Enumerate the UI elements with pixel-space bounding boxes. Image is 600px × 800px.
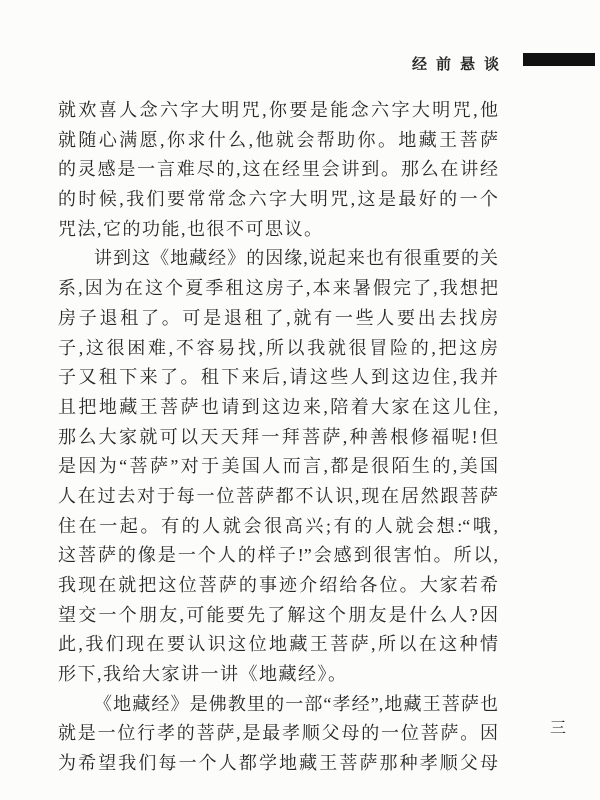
text-line: 那么大家就可以天天拜一拜菩萨,种善根修福呢!但 bbox=[58, 423, 498, 453]
text-line: 住在一起。有的人就会很高兴;有的人就会想:“哦, bbox=[58, 512, 498, 542]
text-line: 就随心满愿,你求什么,他就会帮助你。地藏王菩萨 bbox=[58, 126, 498, 156]
text-line: 《地藏经》是佛教里的一部“孝经”,地藏王菩萨也 bbox=[58, 690, 498, 720]
text-line: 的时候,我们要常常念六字大明咒,这是最好的一个 bbox=[58, 185, 498, 215]
text-line: 我现在就把这位菩萨的事迹介绍给各位。大家若希 bbox=[58, 571, 498, 601]
text-line: 房子退租了。可是退租了,就有一些人要出去找房 bbox=[58, 304, 498, 334]
text-line: 为希望我们每一个人都学地藏王菩萨那种孝顺父母 bbox=[58, 749, 498, 779]
book-page: 经前悬谈 就欢喜人念六字大明咒,你要是能念六字大明咒,他就随心满愿,你求什么,他… bbox=[0, 0, 600, 800]
text-line: 此,我们现在要认识这位地藏王菩萨,所以在这种情 bbox=[58, 630, 498, 660]
page-number: 三 bbox=[550, 715, 566, 738]
text-line: 人在过去对于每一位菩萨都不认识,现在居然跟菩萨 bbox=[58, 482, 498, 512]
text-line: 系,因为在这个夏季租这房子,本来暑假完了,我想把 bbox=[58, 274, 498, 304]
text-line: 望交一个朋友,可能要先了解这个朋友是什么人?因 bbox=[58, 601, 498, 631]
running-title: 经前悬谈 bbox=[412, 53, 508, 74]
text-line: 的灵感是一言难尽的,这在经里会讲到。那么在讲经 bbox=[58, 155, 498, 185]
text-line: 是因为“菩萨”对于美国人而言,都是很陌生的,美国 bbox=[58, 452, 498, 482]
text-line: 子,这很困难,不容易找,所以我就很冒险的,把这房 bbox=[58, 334, 498, 364]
text-line: 这菩萨的像是一个人的样子!”会感到很害怕。所以, bbox=[58, 541, 498, 571]
text-line: 且把地藏王菩萨也请到这边来,陪着大家在这儿住, bbox=[58, 393, 498, 423]
text-line: 就欢喜人念六字大明咒,你要是能念六字大明咒,他 bbox=[58, 96, 498, 126]
text-block: 就欢喜人念六字大明咒,你要是能念六字大明咒,他就随心满愿,你求什么,他就会帮助你… bbox=[58, 96, 498, 779]
header-black-bar bbox=[523, 53, 595, 66]
text-line: 子又租下来了。租下来后,请这些人到这边住,我并 bbox=[58, 363, 498, 393]
text-line: 形下,我给大家讲一讲《地藏经》。 bbox=[58, 660, 498, 690]
text-line: 讲到这《地藏经》的因缘,说起来也有很重要的关 bbox=[58, 244, 498, 274]
text-line: 咒法,它的功能,也很不可思议。 bbox=[58, 215, 498, 245]
text-line: 就是一位行孝的菩萨,是最孝顺父母的一位菩萨。因 bbox=[58, 719, 498, 749]
